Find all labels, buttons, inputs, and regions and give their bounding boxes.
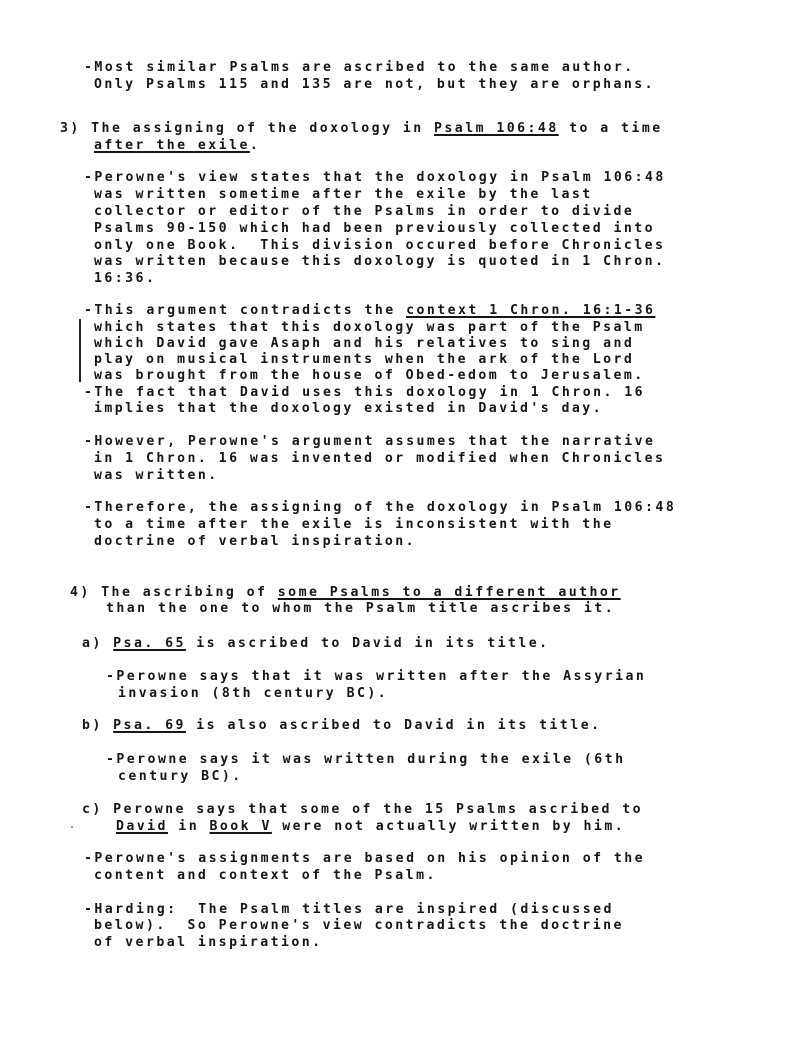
text-segment: b) [82, 718, 113, 733]
text-segment: was written because this doxology is quo… [94, 254, 665, 269]
text-segment: -Perowne says that it was written after … [106, 669, 646, 684]
text-segment: -Perowne's view states that the doxology… [84, 170, 666, 185]
text-segment: -The fact that David uses this doxology … [84, 385, 645, 400]
text-line: -Perowne's assignments are based on his … [84, 851, 645, 867]
underlined-reference: Psa. 69 [113, 718, 186, 733]
text-line: -Harding: The Psalm titles are inspired … [84, 902, 614, 918]
text-segment: -Therefore, the assigning of the doxolog… [84, 500, 676, 515]
text-line: only one Book. This division occured bef… [94, 238, 665, 254]
text-line: -Most similar Psalms are ascribed to the… [84, 60, 635, 76]
text-line: after the exile. [94, 138, 260, 154]
text-line: -Perowne says it was written during the … [106, 752, 625, 768]
text-line: doctrine of verbal inspiration. [94, 534, 416, 550]
underlined-reference: after the exile [94, 138, 250, 153]
text-segment: -However, Perowne's argument assumes tha… [84, 434, 655, 449]
text-line: implies that the doxology existed in Dav… [94, 401, 603, 417]
text-segment: a) [82, 636, 113, 651]
text-segment: invasion (8th century BC). [118, 686, 388, 701]
text-segment: to a time [559, 121, 663, 136]
text-segment: was written. [94, 468, 219, 483]
text-segment: -Most similar Psalms are ascribed to the… [84, 60, 635, 75]
underlined-reference: some Psalms to a different author [278, 585, 621, 600]
underlined-reference: Book V [210, 819, 272, 834]
text-segment: century BC). [118, 769, 243, 784]
text-segment: of verbal inspiration. [94, 935, 323, 950]
text-line: a) Psa. 65 is ascribed to David in its t… [82, 636, 550, 652]
text-line: c) Perowne says that some of the 15 Psal… [82, 802, 643, 818]
underlined-reference: Psa. 65 [113, 636, 186, 651]
text-segment: which states that this doxology was part… [94, 320, 645, 335]
text-line: 4) The ascribing of some Psalms to a dif… [70, 585, 621, 601]
text-line: to a time after the exile is inconsisten… [94, 517, 613, 533]
text-line: was written. [94, 468, 219, 484]
text-line: invasion (8th century BC). [118, 686, 388, 702]
text-line: below). So Perowne's view contradicts th… [94, 918, 624, 934]
text-line: of verbal inspiration. [94, 935, 323, 951]
text-segment: Only Psalms 115 and 135 are not, but the… [94, 77, 655, 92]
text-segment: to a time after the exile is inconsisten… [94, 517, 613, 532]
text-segment: were not actually written by him. [272, 819, 625, 834]
text-line: -Therefore, the assigning of the doxolog… [84, 500, 676, 516]
text-segment: 3) The assigning of the doxology in [60, 121, 434, 136]
text-segment: collector or editor of the Psalms in ord… [94, 204, 634, 219]
text-line: play on musical instruments when the ark… [94, 352, 634, 368]
text-segment: was brought from the house of Obed-edom … [94, 368, 645, 383]
text-line: content and context of the Psalm. [94, 868, 437, 884]
text-line: 16:36. [94, 271, 156, 287]
text-segment: is also ascribed to David in its title. [186, 718, 602, 733]
text-segment: implies that the doxology existed in Dav… [94, 401, 603, 416]
text-line: -This argument contradicts the context 1… [84, 303, 655, 319]
text-segment: Psalms 90-150 which had been previously … [94, 221, 655, 236]
text-segment: than the one to whom the Psalm title asc… [106, 601, 615, 616]
underlined-reference: context 1 Chron. 16:1-36 [406, 303, 655, 318]
text-segment: -This argument contradicts the [84, 303, 406, 318]
text-segment: -Perowne's assignments are based on his … [84, 851, 645, 866]
text-segment: 4) The ascribing of [70, 585, 278, 600]
text-line: -Perowne's view states that the doxology… [84, 170, 666, 186]
text-segment: . [250, 138, 260, 153]
text-line: David in Book V were not actually writte… [116, 819, 625, 835]
text-line: Only Psalms 115 and 135 are not, but the… [94, 77, 655, 93]
underlined-reference: Psalm 106:48 [434, 121, 559, 136]
text-segment: c) Perowne says that some of the 15 Psal… [82, 802, 643, 817]
margin-bracket-line [79, 319, 81, 382]
text-segment: play on musical instruments when the ark… [94, 352, 634, 367]
text-line: which states that this doxology was part… [94, 320, 645, 336]
text-segment: 16:36. [94, 271, 156, 286]
text-line: 3) The assigning of the doxology in Psal… [60, 121, 663, 137]
text-segment: -Perowne says it was written during the … [106, 752, 625, 767]
text-line: -However, Perowne's argument assumes tha… [84, 434, 655, 450]
underlined-reference: David [116, 819, 168, 834]
text-line: was brought from the house of Obed-edom … [94, 368, 645, 384]
text-line: which David gave Asaph and his relatives… [94, 336, 634, 352]
text-line: in 1 Chron. 16 was invented or modified … [94, 451, 665, 467]
scan-speck [71, 826, 73, 828]
text-line: was written sometime after the exile by … [94, 187, 593, 203]
text-line: -Perowne says that it was written after … [106, 669, 646, 685]
text-line: century BC). [118, 769, 243, 785]
text-segment: is ascribed to David in its title. [186, 636, 550, 651]
text-segment: in [168, 819, 210, 834]
text-line: b) Psa. 69 is also ascribed to David in … [82, 718, 602, 734]
text-segment: was written sometime after the exile by … [94, 187, 593, 202]
text-segment: which David gave Asaph and his relatives… [94, 336, 634, 351]
text-line: -The fact that David uses this doxology … [84, 385, 645, 401]
text-line: Psalms 90-150 which had been previously … [94, 221, 655, 237]
text-line: collector or editor of the Psalms in ord… [94, 204, 634, 220]
text-segment: in 1 Chron. 16 was invented or modified … [94, 451, 665, 466]
text-segment: content and context of the Psalm. [94, 868, 437, 883]
text-line: was written because this doxology is quo… [94, 254, 665, 270]
text-segment: below). So Perowne's view contradicts th… [94, 918, 624, 933]
text-line: than the one to whom the Psalm title asc… [106, 601, 615, 617]
text-segment: -Harding: The Psalm titles are inspired … [84, 902, 614, 917]
text-segment: only one Book. This division occured bef… [94, 238, 665, 253]
text-segment: doctrine of verbal inspiration. [94, 534, 416, 549]
